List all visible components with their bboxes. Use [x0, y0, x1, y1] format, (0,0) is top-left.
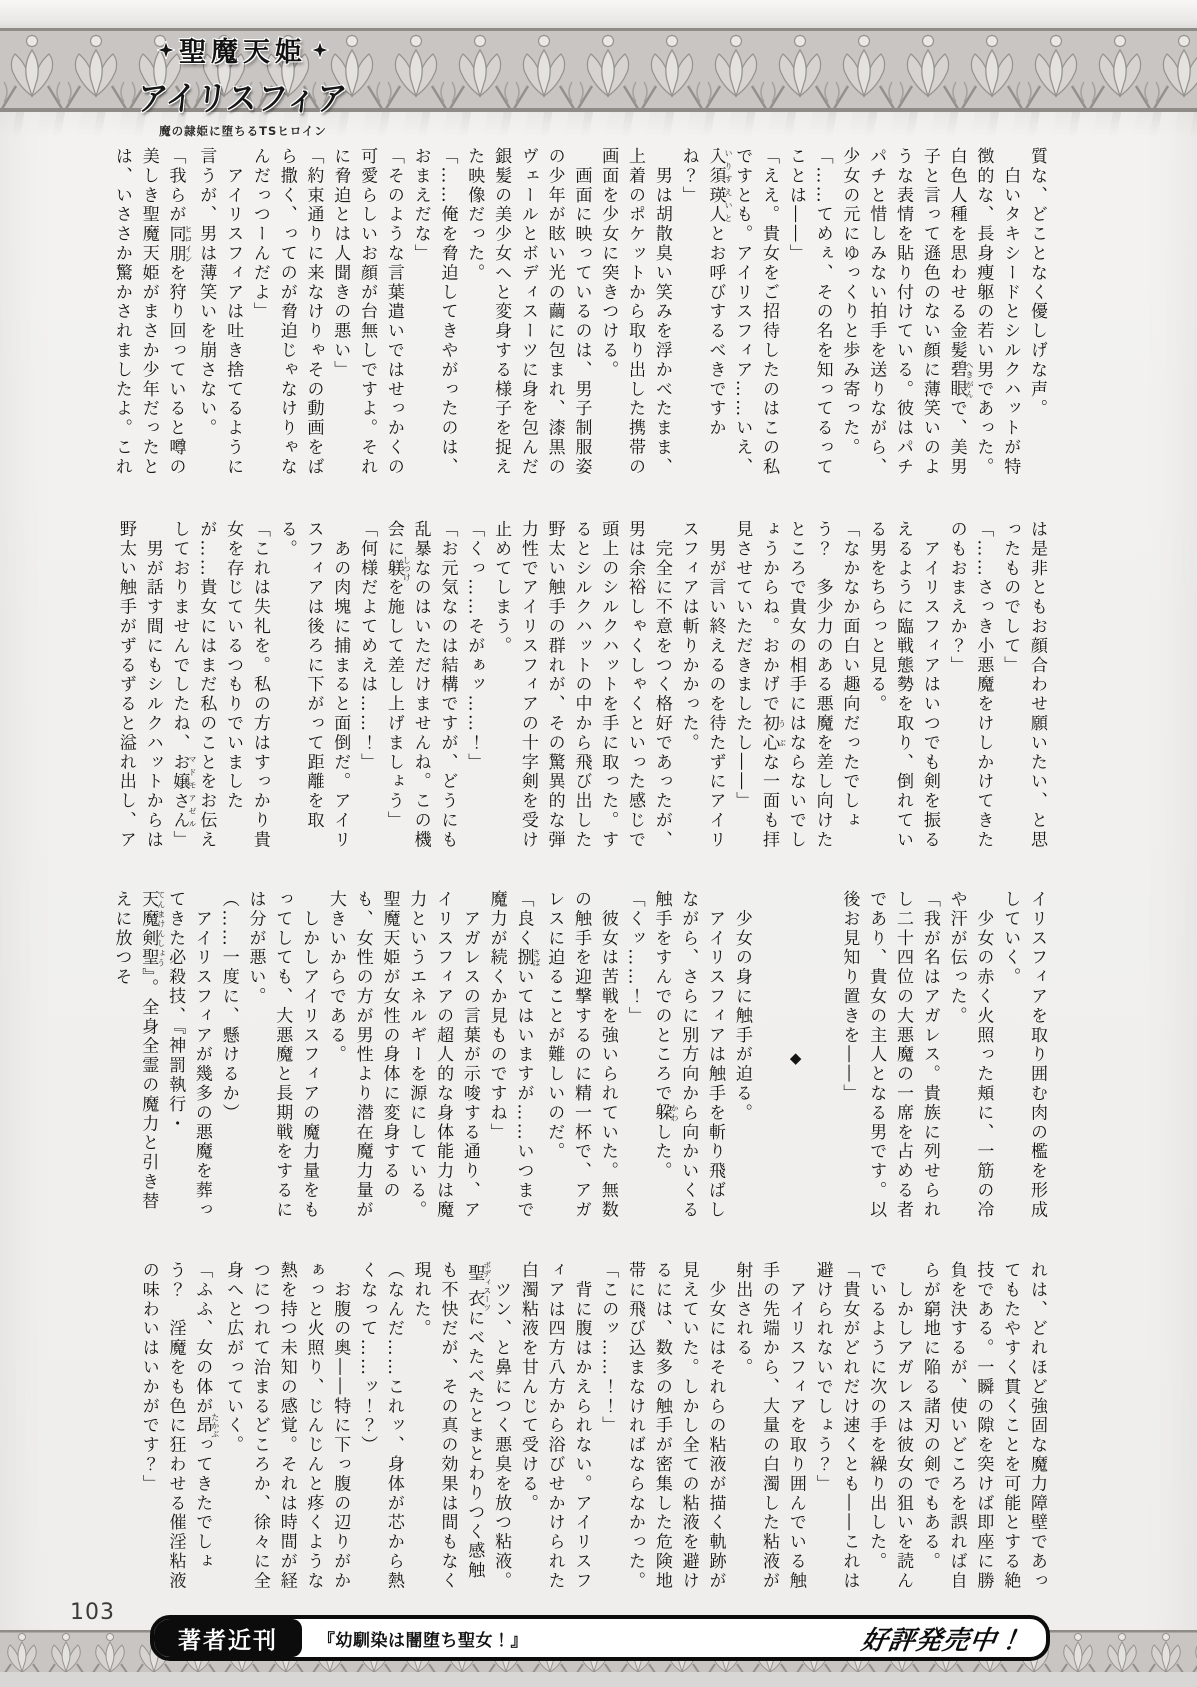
paragraph: アイリスフィアは触手を斬り飛ばしながら、さらに別方向から向かいくる触手をすんでの… [648, 890, 728, 1226]
paragraph: 完全に不意をつく格好であったが、男は余裕しゃくしゃくといった感じで頭上のシルクハ… [487, 520, 675, 856]
paragraph: 「なかなか面白い趣向だったでしょう？ 多少力のある悪魔を差し向けたところで貴女の… [728, 520, 862, 856]
page-number: 103 [70, 1600, 115, 1625]
paragraph: 「ええ。貴女をご招待したのはこの私ですとも。アイリスフィア……いえ、入須瑛人いり… [675, 147, 782, 483]
paragraph: アイリスフィアが幾多の悪魔を葬ってきた必殺技、『神罰執行・天魔剣聖てんまけんしょ… [108, 890, 215, 1226]
paragraph: アイリスフィアは吐き捨てるように言うが、男は薄笑いを崩さない。 [193, 147, 247, 483]
paragraph: 男が言い終えるのを待たずにアイリスフィアは斬りかかった。 [675, 520, 729, 856]
paragraph: 白いタキシードとシルクハットが特徴的な、長身痩躯の若い男であった。白色人種を思わ… [836, 147, 1024, 483]
author-publication-bar: 著者近刊 『幼馴染は闇堕ち聖女！』 好評発売中！ [150, 1615, 1050, 1661]
paragraph: 「我が名はアガレス。貴族に列せられし二十四位の大悪魔の一席を占める者であり、貴女… [836, 890, 943, 1226]
paragraph: しかしアガレスは彼女の狙いを読んでいるように次の手を繰り出した。 [862, 1261, 916, 1597]
text-band-3: イリスフィアを取り囲む肉の檻を形成していく。 少女の赤く火照った頬に、一筋の冷や… [68, 890, 1050, 1226]
paragraph: アガレスの言葉が示唆する通り、アイリスフィアの超人的な身体能力は魔力というエネル… [322, 890, 483, 1226]
sparkle-icon [157, 41, 175, 59]
paragraph: 「……さっき小悪魔をけしかけてきたのもおまえか？」 [943, 520, 997, 856]
author-bar-status: 好評発売中！ [859, 1620, 1026, 1657]
paragraph: 「このッ……！！」 [594, 1261, 621, 1597]
paragraph: ツン、と鼻につく悪臭を放つ粘液。聖衣ボディスーツにべたべたとまとわりつく感触も不… [407, 1261, 514, 1597]
paragraph: 「良く捌さばいてはいますが……いつまで魔力が続くか見ものですね」 [483, 890, 541, 1226]
paragraph: しかしアイリスフィアの魔力量をもってしても、大悪魔と長期戦をするには分が悪い。 [242, 890, 322, 1226]
top-margin-strip [0, 0, 1197, 30]
sparkle-icon [311, 41, 329, 59]
paragraph: お腹の奥――特に下っ腹の辺りがかぁっと火照り、じんじんと疼くような熱を持つ未知の… [219, 1261, 353, 1597]
scanned-book-page: 聖魔天姫 アイリスフィア 魔の隷姫に堕ちるTSヒロイン 質な、どことなく優しげな… [0, 0, 1197, 1687]
series-subtitle: 魔の隷姫に堕ちるTSヒロイン [78, 123, 408, 139]
paragraph: あの肉塊に捕まると面倒だ。アイリスフィアは後ろに下がって距離を取る。 [273, 520, 353, 856]
paragraph: 「約束通りに来なけりゃその動画をばら撒く、ってのが脅迫じゃなけりゃなんだっつーん… [246, 147, 326, 483]
bottom-margin-strip [0, 1672, 1197, 1687]
paragraph: れは、どれほど強固な魔力障壁であってもたやすく貫くことを可能とする絶技である。一… [916, 1261, 1050, 1597]
paragraph: 質な、どことなく優しげな声。 [1023, 147, 1050, 483]
paragraph: 彼女は苦戦を強いられていた。無数の触手を迎撃するのに精一杯で、アガレスに迫ること… [540, 890, 620, 1226]
paragraph: は是非ともお顔合わせ願いたい、と思ったものでして」 [996, 520, 1050, 856]
series-title-text: 聖魔天姫 [179, 30, 307, 69]
series-logo-title: 聖魔天姫 [78, 30, 408, 69]
text-band-2: は是非ともお顔合わせ願いたい、と思ったものでして」「……さっき小悪魔をけしかけて… [68, 520, 1050, 856]
paragraph: 男は胡散臭い笑みを浮かべたまま、上着のポケットから取り出した携帯の画面を少女に突… [594, 147, 674, 483]
series-name-text: アイリスフィア [96, 71, 391, 120]
paragraph: （……一度に、懸けるか） [215, 890, 242, 1226]
paragraph: 「何様だよてめえは……！」 [353, 520, 380, 856]
series-logo: 聖魔天姫 アイリスフィア 魔の隷姫に堕ちるTSヒロイン [78, 30, 408, 139]
paragraph: 「我らが同朋ヒロインを狩り回っていると噂の美しき聖魔天姫がまさか少年だったとは、… [108, 147, 192, 483]
text-band-1: 質な、どことなく優しげな声。 白いタキシードとシルクハットが特徴的な、長身痩躯の… [68, 147, 1050, 483]
paragraph: 画面に映っているのは、男子制服姿の少年が眩い光の繭に包まれ、漆黒のヴェールとボデ… [460, 147, 594, 483]
paragraph: 「……俺を脅迫してきやがったのは、おまえだな」 [407, 147, 461, 483]
author-bar-book-title: 『幼馴染は闇堕ち聖女！』 [318, 1626, 528, 1651]
paragraph: アイリスフィアを取り囲んでいる触手の先端から、大量の白濁した粘液が射出される。 [728, 1261, 808, 1597]
paragraph: 「そのような言葉遣いではせっかくの可愛らしいお顔が台無しですよ。それに脅迫とは人… [326, 147, 406, 483]
paragraph: 少女の赤く火照った頬に、一筋の冷や汗が伝った。 [943, 890, 997, 1226]
paragraph: 「お元気なのは結構ですが、どうにも乱暴なのはいただけませんね。この機会に躾しつけ… [380, 520, 460, 856]
paragraph: （なんだ……これッ、身体が芯から熱くなって……ッ！？） [353, 1261, 407, 1597]
paragraph: 背に腹はかえられない。アイリスフィアは四方八方から浴びせかけられた白濁粘液を甘ん… [514, 1261, 594, 1597]
paragraph: 「……てめぇ、その名を知ってるってことは――」 [782, 147, 836, 483]
paragraph: 「貴女がどれだけ速くとも――これは避けられないでしょう？」 [809, 1261, 863, 1597]
paragraph: アイリスフィアはいつでも剣を振るえるように臨戦態勢を取り、倒れている男をちらっと… [862, 520, 942, 856]
author-bar-label: 著者近刊 [154, 1619, 302, 1657]
paragraph: イリスフィアを取り囲む肉の檻を形成していく。 [996, 890, 1050, 1226]
paragraph: 少女の身に触手が迫る。 [728, 890, 755, 1226]
paragraph: 男が話す間にもシルクハットからは野太い触手がずるずると溢れ出し、ア [112, 520, 166, 856]
text-band-4: れは、どれほど強固な魔力障壁であってもたやすく貫くことを可能とする絶技である。一… [68, 1261, 1050, 1597]
paragraph: 「くッ……！」 [621, 890, 648, 1226]
paragraph: 「ふふ、女の体が昂たかぶってきたでしょう？ 淫魔をも色に狂わせる催淫粘液の味わい… [135, 1261, 219, 1597]
paragraph: 「これは失礼を。私の方はすっかり貴女を存じているつもりでいましたが……貴女にはま… [166, 520, 273, 856]
section-divider: ◆ [782, 890, 809, 1226]
paragraph: 「くっ……そがぁッ……！」 [460, 520, 487, 856]
paragraph: 少女にはそれらの粘液が描く軌跡が見えていた。しかし全ての粘液を避けるには、数多の… [621, 1261, 728, 1597]
